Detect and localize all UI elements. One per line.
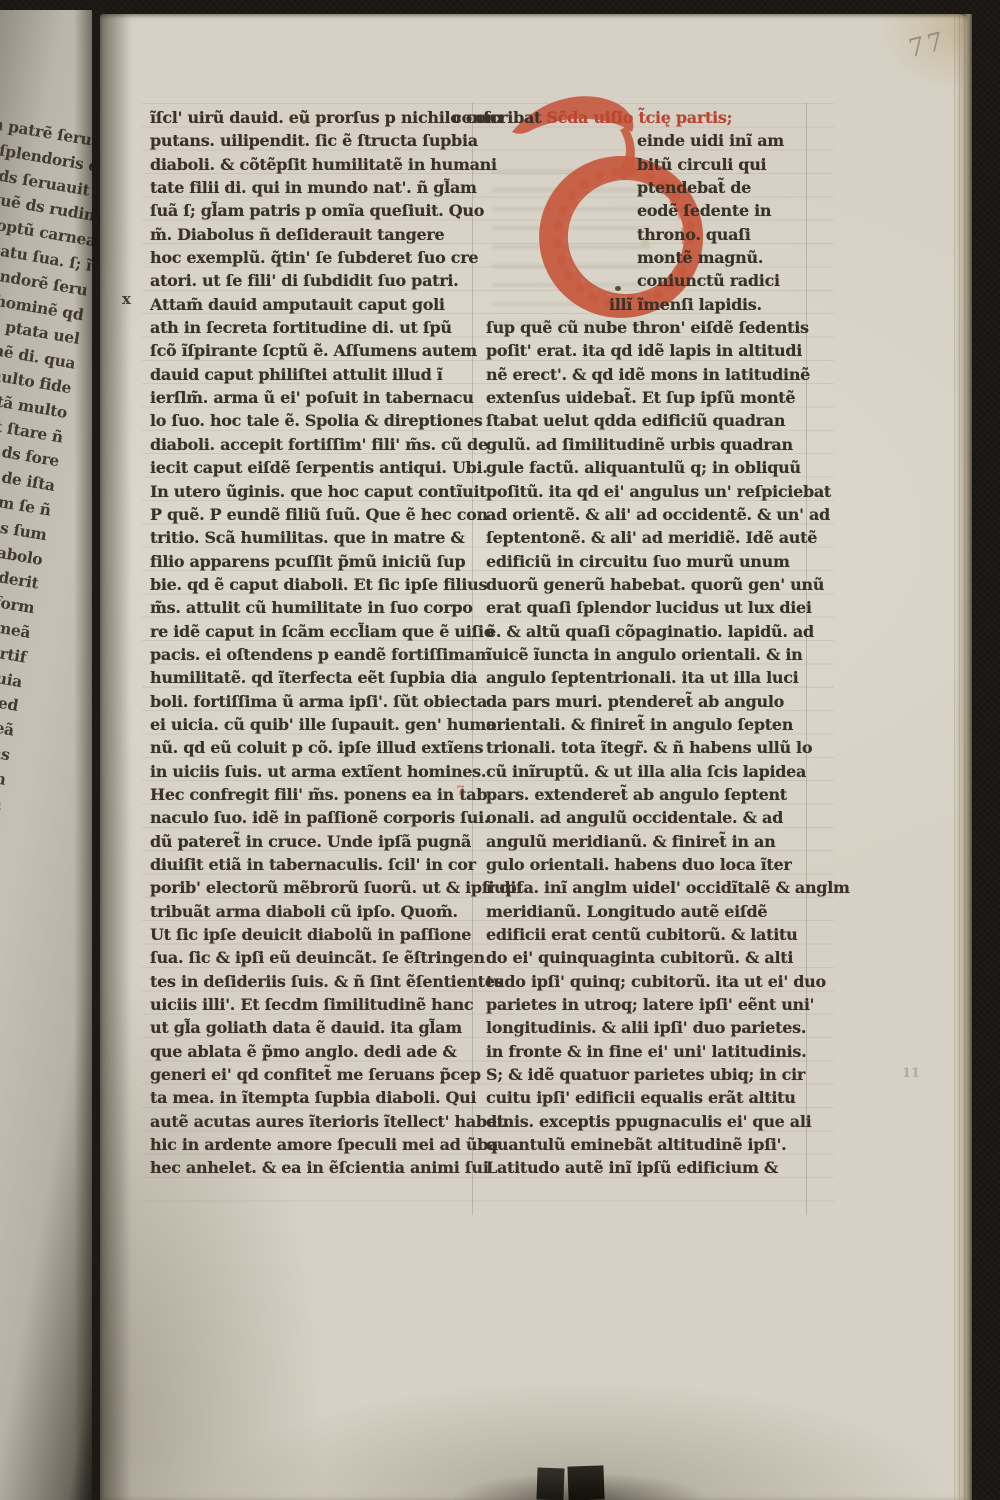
manuscript-page: 77 D ĩſcl' uirũ dauid. eũ prorſus p nich… — [100, 14, 972, 1500]
text-line: hoc exemplũ. q̃tin' ſe ſubderet ſuo cre — [150, 246, 468, 269]
text-line: nũ. qd eũ coluit p cõ. ipſe illud extĩen… — [150, 736, 468, 759]
marginal-mark-11: 11 — [902, 1066, 920, 1081]
rubric: conſcribat Sc̃da uiſio t̃cię partis; — [452, 106, 804, 129]
bookmark-ribbon — [567, 1465, 604, 1500]
page-fore-edge — [954, 14, 972, 1500]
marginal-mark-x: x — [122, 290, 131, 308]
rubric-title: Sc̃da uiſio t̃cię partis; — [546, 108, 732, 127]
text-line: ſup quẽ cũ nube thron' eiſdẽ ſedentis — [486, 316, 804, 339]
text-line: onali. ad angulũ occidentale. & ad — [486, 806, 804, 829]
text-line: pacis. ei oſtendens p eandẽ fortiſſimam — [150, 643, 468, 666]
text-line: gule factũ. aliquantulũ q; in obliquũ — [486, 456, 804, 479]
text-line: meridianũ. Longitudo autẽ eiſdẽ — [486, 900, 804, 923]
ink-speck — [302, 120, 306, 124]
text-line: do ei' quinquaginta cubitorũ. & alti — [486, 946, 804, 969]
text-line: extenſus uidebat̃. Et ſup ipſũ montẽ — [486, 386, 804, 409]
text-line: m̃. Diabolus ñ deſiderauit tangere — [150, 223, 468, 246]
text-line: tudo ipſi' quinq; cubitorũ. ita ut ei' d… — [486, 970, 804, 993]
text-line: poſit' erat. ita qd idẽ lapis in altitud… — [486, 339, 804, 362]
text-line: gulo orientali. habens duo loca ĩter — [486, 853, 804, 876]
text-line: diuiſit etiã in tabernaculis. ſcil' in c… — [150, 853, 468, 876]
text-line: ei uicia. cũ quib' ille ſupauit. gen' hu… — [150, 713, 468, 736]
text-line: cũ inĩruptũ. & ut illa alia ſcis lapidea — [486, 760, 804, 783]
facing-page-edge: ẽ ad dm̃ patrẽ ſeruanquia gl̃a ſplendori… — [0, 10, 92, 1500]
facing-page-lines: ẽ ad dm̃ patrẽ ſeruanquia gl̃a ſplendori… — [0, 97, 92, 1257]
left-column-lines: ĩſcl' uirũ dauid. eũ prorſus p nichilo c… — [150, 106, 468, 1180]
text-line: longitudinis. & alii ipſi' duo parietes. — [486, 1016, 804, 1039]
text-line: angulo ſeptentrionali. ita ut illa luci — [486, 666, 804, 689]
text-line: illĩ ĩmenſi lapidis. — [486, 293, 804, 316]
text-line: in uiciis ſuis. ut arma extĩent homines. — [150, 760, 468, 783]
text-line: hic in ardente amore ſpeculi mei ad ũba — [150, 1133, 468, 1156]
text-line: tribuãt arma diaboli cũ ipſo. Quom̃. — [150, 900, 468, 923]
text-line: ierſlm̃. arma ũ ei' poſuit in tabernacu — [150, 386, 468, 409]
text-line: re idẽ caput in ſcãm eccl̃iam que ẽ uiſi… — [150, 620, 468, 643]
text-line: angulũ meridianũ. & finiret̃ in an — [486, 830, 804, 853]
text-line: ẽ. & altũ quaſi cõpaginatio. lapidũ. ad — [486, 620, 804, 643]
text-line: uiciis illi'. Et ſecdm ſimilitudinẽ hanc — [150, 993, 468, 1016]
text-line: bie. qd ẽ caput diaboli. Et ſic ipſe fil… — [150, 573, 468, 596]
text-line: atori. ut ſe fili' di ſubdidit ſuo patri… — [150, 269, 468, 292]
text-line: eodẽ ſedente in — [486, 199, 804, 222]
folio-number: 77 — [907, 25, 948, 63]
text-line: putans. uilipendit. ſic ẽ ſtructa ſupbia — [150, 129, 468, 152]
text-line: humilitatẽ. qd ĩterfecta eẽt ſupbia dia — [150, 666, 468, 689]
text-line: Attam̃ dauid amputauit caput goli — [150, 293, 468, 316]
text-line: autẽ acutas aures ĩterioris ĩtellect' ha… — [150, 1110, 468, 1133]
right-column-lines: einde uidi inĩ ambitũ circuli quiptendeb… — [486, 129, 804, 1179]
text-line: tes in deſideriis ſuis. & ñ ſint ẽſentie… — [150, 970, 468, 993]
text-line: tate filii di. qui in mundo nat'. ñ gl̃a… — [150, 176, 468, 199]
text-line: cuitu ipſi' edificii equalis erãt altitu — [486, 1086, 804, 1109]
text-line: pars. extenderet̃ ab angulo ſeptent — [486, 783, 804, 806]
text-line: ut gl̃a goliath data ẽ dauid. ita gl̃am — [150, 1016, 468, 1039]
text-line: boli. fortiſſima ũ arma ipſi'. ſũt obiec… — [150, 690, 468, 713]
column-ruling-line — [806, 103, 807, 1215]
text-line: ad orientẽ. & ali' ad occidentẽ. & un' a… — [486, 503, 804, 526]
text-line: Ut ſic ipſe deuicit diabolũ in paſſione — [150, 923, 468, 946]
rubric-prefix: conſcribat — [452, 108, 546, 127]
text-line: diaboli. & cõtẽpſit humilitatẽ in humani — [150, 153, 468, 176]
text-line: edificiũ in circuitu ſuo murũ unum — [486, 550, 804, 573]
text-line: m̃s. attulit cũ humilitate in ſuo corpo — [150, 596, 468, 619]
right-column: conſcribat Sc̃da uiſio t̃cię partis; ein… — [486, 106, 804, 1180]
text-line: lo ſuo. hoc tale ẽ. Spolia & direptiones — [150, 409, 468, 432]
text-line: duorũ generũ habebat. quorũ gen' unũ — [486, 573, 804, 596]
text-line: einde uidi inĩ am — [486, 129, 804, 152]
text-line: ſtabat uelut qdda edificiũ quadran — [486, 409, 804, 432]
text-line: ſua. ſic & ipſi eũ deuincãt. ſe ẽſtringe… — [150, 946, 468, 969]
text-line: da pars muri. ptenderet̃ ab angulo — [486, 690, 804, 713]
text-line: ta mea. in ĩtempta ſupbia diaboli. Qui — [150, 1086, 468, 1109]
text-line: gulũ. ad ſimilitudinẽ urbis quadran — [486, 433, 804, 456]
text-line: generi ei' qd confitet̃ me ſeruans p̃cep — [150, 1063, 468, 1086]
text-line: coniunctũ radici — [486, 269, 804, 292]
text-line: que ablata ẽ p̃mo anglo. dedi ade & — [150, 1040, 468, 1063]
text-line: ĩuicẽ ĩuncta in angulo orientali. & in — [486, 643, 804, 666]
text-line: diaboli. accepit fortiſſim' fili' m̃s. c… — [150, 433, 468, 456]
ink-speck — [615, 286, 621, 291]
text-line: nẽ erect'. & qd idẽ mons in latitudinẽ — [486, 363, 804, 386]
text-line: ſeptentonẽ. & ali' ad meridiẽ. Idẽ autẽ — [486, 526, 804, 549]
text-line: quantulũ eminebãt altitudinẽ ipſi'. — [486, 1133, 804, 1156]
parchment-flaw — [640, 240, 650, 247]
bookmark-ribbon — [536, 1468, 564, 1500]
text-line: trionali. tota ĩtegr̃. & ñ habens ullũ l… — [486, 736, 804, 759]
text-line: S; & idẽ quatuor parietes ubiq; in cir — [486, 1063, 804, 1086]
text-line: orientali. & finiret̃ in angulo ſepten — [486, 713, 804, 736]
text-line: edificii erat centũ cubitorũ. & latitu — [486, 923, 804, 946]
text-line: naculo ſuo. idẽ in paſſionẽ corporis ſui… — [150, 806, 468, 829]
text-line: Hec confregit fili' m̃s. ponens ea in ta… — [150, 783, 468, 806]
text-line: ſuã ſ; gl̃am patris p omĩa queſiuit. Quo — [150, 199, 468, 222]
text-line: dinis. exceptis ppugnaculis ei' que ali — [486, 1110, 804, 1133]
text-line: ptendebat̃ de — [486, 176, 804, 199]
text-line: dauid caput philiſtei attulit illud ĩ — [150, 363, 468, 386]
text-line: iecit caput eiſdẽ ſerpentis antiqui. Ubi… — [150, 456, 468, 479]
text-line: parietes in utroq; latere ipſi' eẽnt uni… — [486, 993, 804, 1016]
text-line: bitũ circuli qui — [486, 153, 804, 176]
text-line: P quẽ. P eundẽ filiũ ſuũ. Que ẽ hec con — [150, 503, 468, 526]
text-line: hec anhelet. & ea in ẽſcientia animi ſui — [150, 1156, 468, 1179]
text-line: in fronte & in fine ei' uni' latitudinis… — [486, 1040, 804, 1063]
marginal-mark-7: 7 — [456, 784, 465, 799]
text-line: In utero ũginis. que hoc caput contĩuit. — [150, 480, 468, 503]
text-line: Latitudo autẽ inĩ ipſũ edificium & — [486, 1156, 804, 1179]
text-line: dũ pateret̃ in cruce. Unde ipſã pugnã — [150, 830, 468, 853]
text-line: poſitũ. ita qd ei' angulus un' reſpicieb… — [486, 480, 804, 503]
text-line: porib' electorũ mẽbrorũ ſuorũ. ut & ipſi… — [150, 876, 468, 899]
text-line: erat quaſi ſplendor lucidus ut lux diei — [486, 596, 804, 619]
text-line: montẽ magnũ. — [486, 246, 804, 269]
text-line: ſcõ ĩſpirante ſcptũ ẽ. Aſſumens autem — [150, 339, 468, 362]
manuscript-photo: ẽ ad dm̃ patrẽ ſeruanquia gl̃a ſplendori… — [0, 0, 1000, 1500]
left-column: ĩſcl' uirũ dauid. eũ prorſus p nichilo c… — [150, 106, 468, 1180]
text-line: ath in ſecreta fortitudine di. ut ſpũ — [150, 316, 468, 339]
text-line: tritio. Scã humilitas. que in matre & — [150, 526, 468, 549]
text-line: filio apparens pcuſſit p̃mũ iniciũ ſup — [150, 550, 468, 573]
text-line: ĩſcl' uirũ dauid. eũ prorſus p nichilo c… — [150, 106, 468, 129]
text-line: rupta. inĩ anglm uidel' occidĩtalẽ & ang… — [486, 876, 804, 899]
